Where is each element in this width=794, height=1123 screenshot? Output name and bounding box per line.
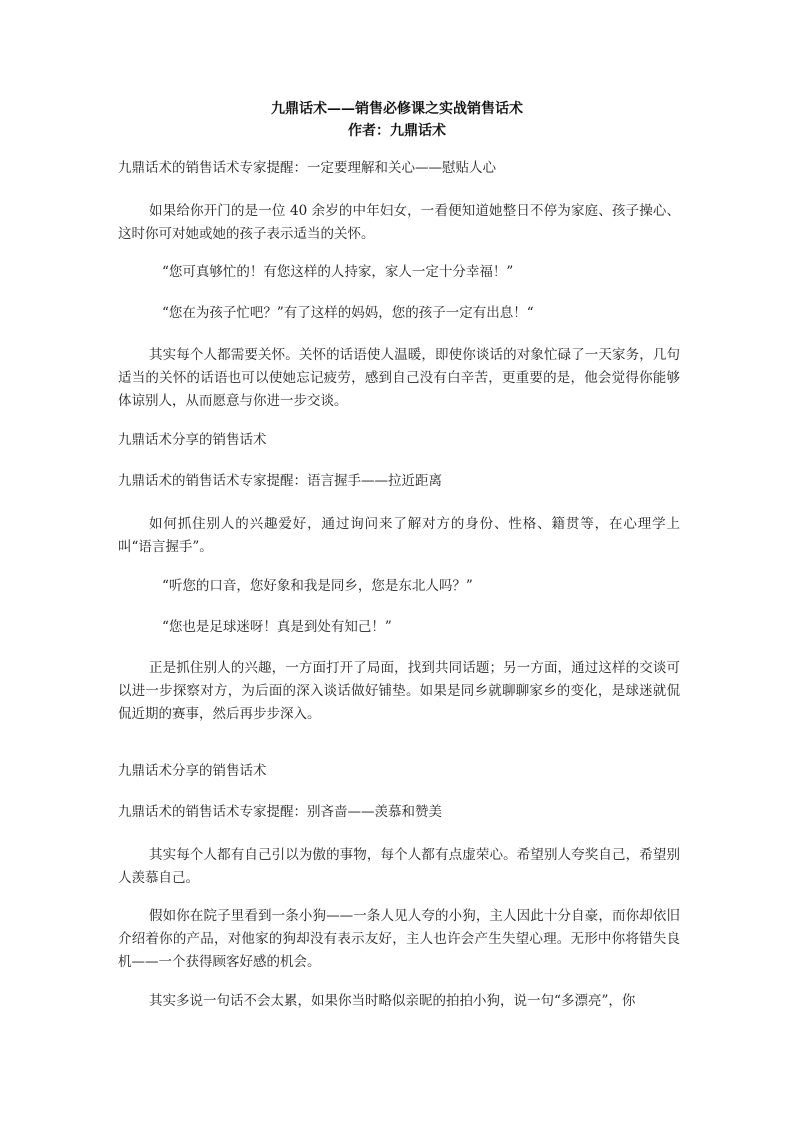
section-heading: 九鼎话术分享的销售话术 [118,429,678,451]
quote: “听您的口音，您好象和我是同乡，您是东北人吗？” [162,575,473,597]
paragraph: 正是抓住别人的兴趣，一方面打开了局面，找到共同话题；另一方面，通过这样的交谈可以… [118,657,680,726]
section-heading: 九鼎话术的销售话术专家提醒：语言握手——拉近距离 [118,470,678,492]
quote: “您在为孩子忙吧？”有了这样的妈妈，您的孩子一定有出息！“ [162,302,534,324]
section-heading: 九鼎话术的销售话术专家提醒：别吝啬——羡慕和赞美 [118,801,678,823]
paragraph: 其实多说一句话不会太累，如果你当时略似亲昵的拍拍小狗，说一句“多漂亮”，你 [118,990,680,1013]
paragraph: 如果给你开门的是一位 40 余岁的中年妇女，一看便知道她整日不停为家庭、孩子操心… [118,200,680,246]
quote: “您可真够忙的！有您这样的人持家，家人一定十分幸福！” [162,261,513,283]
quote: “您也是足球迷呀！真是到处有知己！” [162,616,392,638]
document-page: 九鼎话术——销售必修课之实战销售话术 作者：九鼎话术 九鼎话术的销售话术专家提醒… [0,0,794,1123]
document-title: 九鼎话术——销售必修课之实战销售话术 [0,98,794,118]
section-heading: 九鼎话术的销售话术专家提醒：一定要理解和关心——慰贴人心 [118,157,678,179]
paragraph: 其实每个人都需要关怀。关怀的话语使人温暖，即使你谈话的对象忙碌了一天家务，几句适… [118,344,680,413]
section-heading: 九鼎话术分享的销售话术 [118,760,678,782]
document-author: 作者：九鼎话术 [0,120,794,140]
paragraph: 如何抓住别人的兴趣爱好，通过询问来了解对方的身份、性格、籍贯等，在心理学上叫“语… [118,513,680,559]
paragraph: 假如你在院子里看到一条小狗——一条人见人夸的小狗，主人因此十分自豪，而你却依旧介… [118,905,680,974]
paragraph: 其实每个人都有自己引以为傲的事物，每个人都有点虚荣心。希望别人夸奖自己，希望别人… [118,844,680,890]
